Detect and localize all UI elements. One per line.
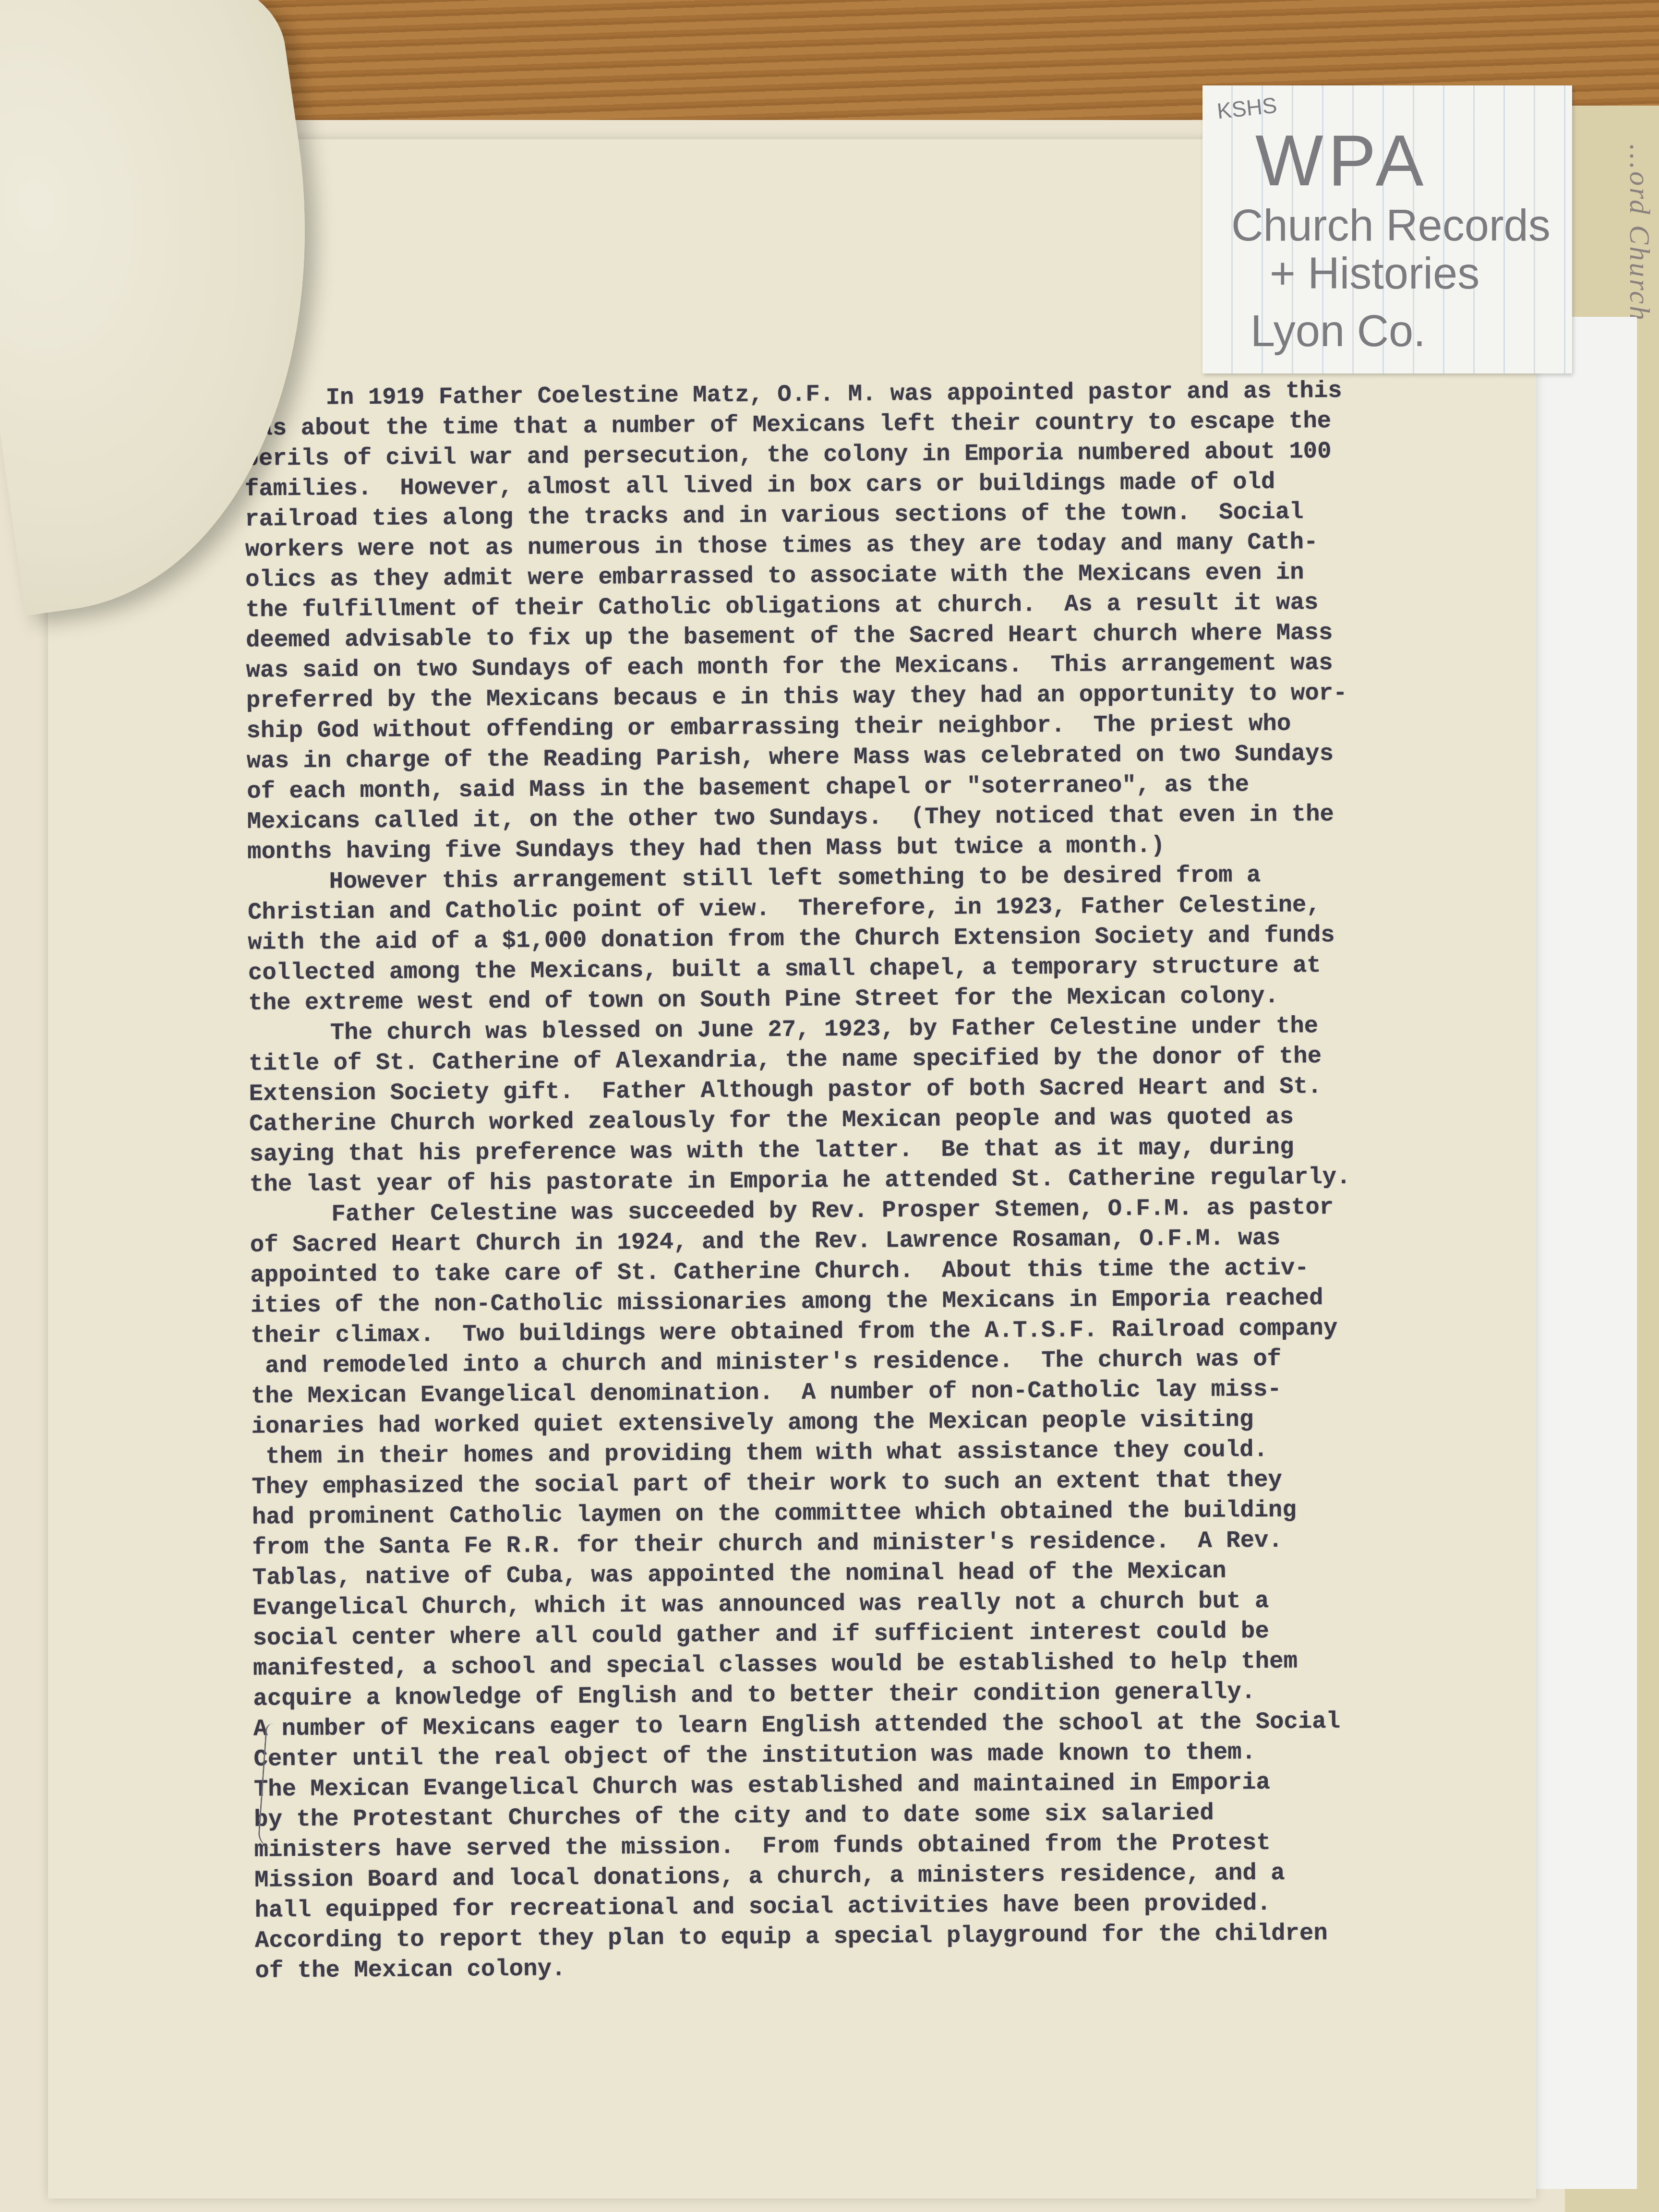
handwritten-label-card: KSHS WPA Church Records + Histories Lyon… [1202,85,1572,373]
label-histories: + Histories [1270,249,1479,299]
document-body: In 1919 Father Coelestine Matz, O.F. M. … [244,375,1455,1986]
paragraph: However this arrangement still left some… [247,859,1448,1018]
label-church-records: Church Records [1231,201,1551,251]
paragraph: The church was blessed on June 27, 1923,… [249,1010,1450,1200]
label-wpa: WPA [1255,119,1429,202]
paragraph: In 1919 Father Coelestine Matz, O.F. M. … [244,375,1447,867]
label-lyon-co: Lyon Co. [1250,306,1426,357]
paragraph: Father Celestine was succeeded by Rev. P… [250,1191,1455,1986]
white-sheet-edge [1531,317,1637,2189]
typewritten-page: In 1919 Father Coelestine Matz, O.F. M. … [48,139,1536,2199]
